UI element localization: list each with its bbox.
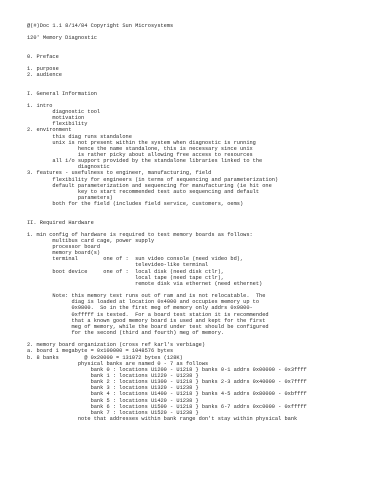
text-line: note that addresses within bank range do… xyxy=(27,416,307,422)
text-line: 0xfffff is tested. For a board test stat… xyxy=(27,312,307,318)
text-line: bank 4 : locations U1400 - U1218 } banks… xyxy=(27,391,307,397)
document-page: @(#)Doc 1.1 8/14/84 Copyright Sun Micros… xyxy=(27,23,307,422)
text-line: default parameterization and sequencing … xyxy=(27,183,307,189)
text-line: that a known good memory board is used a… xyxy=(27,318,307,324)
text-line: bank 6 : locations U1500 - U1218 } banks… xyxy=(27,404,307,410)
text-line: flexibility for engineers (in terms of s… xyxy=(27,177,307,183)
